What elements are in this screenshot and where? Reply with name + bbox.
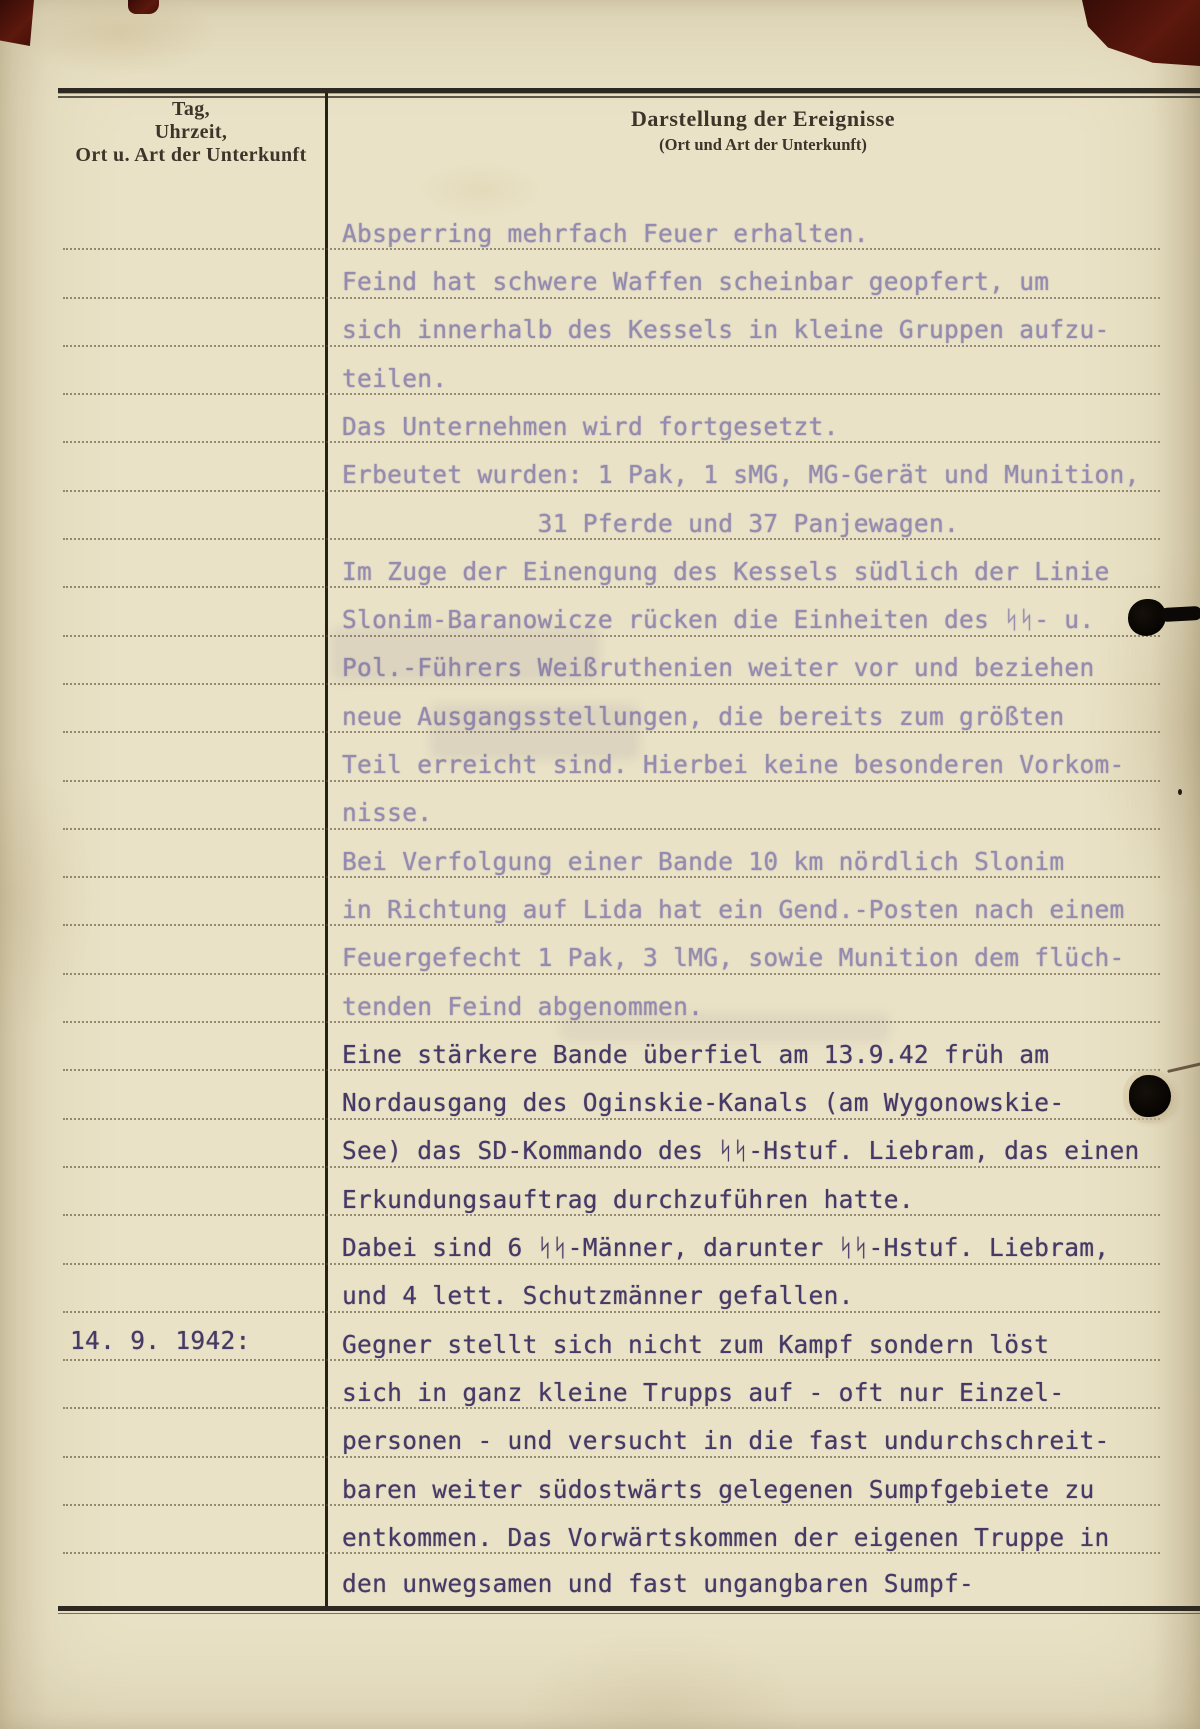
- left-column-header: Tag, Uhrzeit, Ort u. Art der Unterkunft: [60, 98, 322, 167]
- diary-line: personen - und versucht in die fast undu…: [63, 1409, 1160, 1457]
- table-top-rule: [58, 88, 1200, 93]
- diary-line: in Richtung auf Lida hat ein Gend.-Poste…: [63, 878, 1160, 926]
- table-bottom-rule: [58, 1606, 1200, 1611]
- diary-line: 31 Pferde und 37 Panjewagen.: [63, 492, 1160, 540]
- diary-line: Erbeutet wurden: 1 Pak, 1 sMG, MG-Gerät …: [63, 443, 1160, 491]
- diary-line: Teil erreicht sind. Hierbei keine besond…: [63, 733, 1160, 781]
- right-column-header: Darstellung der Ereignisse (Ort und Art …: [328, 106, 1198, 155]
- diary-entries: Absperring mehrfach Feuer erhalten.Feind…: [63, 202, 1160, 1598]
- diary-line: Absperring mehrfach Feuer erhalten.: [63, 202, 1160, 250]
- header-line-ort: Ort u. Art der Unterkunft: [60, 144, 322, 167]
- header-subtitle: (Ort und Art der Unterkunft): [328, 135, 1198, 155]
- diary-line: Feind hat schwere Waffen scheinbar geopf…: [63, 250, 1160, 298]
- header-line-tag: Tag,: [60, 98, 322, 121]
- diary-line: Erkundungsauftrag durchzuführen hatte.: [63, 1168, 1160, 1216]
- diary-line: entkommen. Das Vorwärtskommen der eigene…: [63, 1506, 1160, 1554]
- date-entry: 14. 9. 1942:: [70, 1326, 251, 1355]
- ink-blot-lower: [1129, 1075, 1171, 1117]
- table-bottom-rule-thin: [58, 1613, 1200, 1614]
- diary-line: Eine stärkere Bande überfiel am 13.9.42 …: [63, 1023, 1160, 1071]
- scan-tear-top-left: [0, 0, 34, 46]
- diary-line: neue Ausgangsstellungen, die bereits zum…: [63, 685, 1160, 733]
- diary-line: nisse.: [63, 782, 1160, 830]
- diary-line: Dabei sind 6 ᛋᛋ-Männer, darunter ᛋᛋ-Hstu…: [63, 1216, 1160, 1264]
- diary-line: sich in ganz kleine Trupps auf - oft nur…: [63, 1361, 1160, 1409]
- diary-line: Bei Verfolgung einer Bande 10 km nördlic…: [63, 830, 1160, 878]
- diary-line: tenden Feind abgenommen.: [63, 975, 1160, 1023]
- diary-line: Nordausgang des Oginskie-Kanals (am Wygo…: [63, 1071, 1160, 1119]
- war-diary-page: Tag, Uhrzeit, Ort u. Art der Unterkunft …: [0, 0, 1200, 1729]
- scan-tear-top-tab: [128, 0, 159, 14]
- ink-blot-upper-streak: [1160, 606, 1200, 622]
- header-line-uhrzeit: Uhrzeit,: [60, 121, 322, 144]
- diary-line: Feuergefecht 1 Pak, 3 lMG, sowie Munitio…: [63, 926, 1160, 974]
- diary-line: Slonim-Baranowicze rücken die Einheiten …: [63, 588, 1160, 636]
- diary-line: und 4 lett. Schutzmänner gefallen.: [63, 1265, 1160, 1313]
- diary-line: Das Unternehmen wird fortgesetzt.: [63, 395, 1160, 443]
- diary-line: See) das SD-Kommando des ᛋᛋ-Hstuf. Liebr…: [63, 1120, 1160, 1168]
- diary-line: teilen.: [63, 347, 1160, 395]
- diary-line: baren weiter südostwärts gelegenen Sumpf…: [63, 1458, 1160, 1506]
- diary-line: Im Zuge der Einengung des Kessels südlic…: [63, 540, 1160, 588]
- diary-line: sich innerhalb des Kessels in kleine Gru…: [63, 299, 1160, 347]
- diary-line: den unwegsamen und fast ungangbaren Sump…: [63, 1554, 1160, 1598]
- scan-tear-top-right: [1082, 0, 1200, 66]
- ink-blot-lower-crack: [1167, 1062, 1200, 1073]
- ink-speck: [1178, 789, 1182, 795]
- diary-line: Pol.-Führers Weißruthenien weiter vor un…: [63, 637, 1160, 685]
- header-title: Darstellung der Ereignisse: [328, 106, 1198, 132]
